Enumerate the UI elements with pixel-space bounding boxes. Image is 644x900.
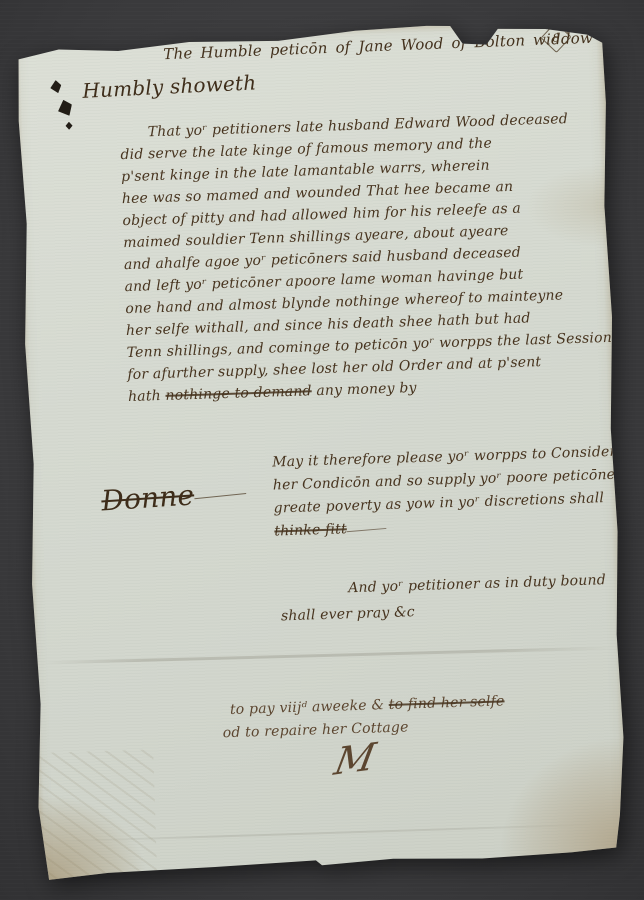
subscription: And yoʳ petitioner as in duty bound shal… bbox=[280, 567, 607, 629]
fold-crease bbox=[60, 824, 594, 843]
prayer-clause: May it therefore please yoʳ worpps to Co… bbox=[272, 440, 631, 543]
body-last-struck-text: nothinge to demand bbox=[165, 383, 312, 404]
corner-wrinkles bbox=[33, 749, 157, 893]
clerk-flourish: M bbox=[331, 734, 379, 783]
petition-body: That yoʳ petitioners late husband Edward… bbox=[119, 108, 588, 408]
paper-shadow-wrap: 8 The Humble peticōn of Jane Wood of Bol… bbox=[0, 0, 644, 900]
manuscript-page: 8 The Humble peticōn of Jane Wood of Bol… bbox=[11, 17, 632, 893]
prayer-struck-text: thinke fitt bbox=[274, 521, 347, 539]
body-last-pre: hath bbox=[128, 388, 166, 405]
body-last-post: any money by bbox=[311, 380, 416, 399]
photo-background: 8 The Humble peticōn of Jane Wood of Bol… bbox=[0, 0, 644, 900]
salutation: Humbly showeth bbox=[82, 70, 257, 102]
order-note-pre: to pay viijᵈ aweeke & bbox=[230, 697, 389, 718]
marginal-annotation: Donne bbox=[100, 478, 195, 517]
petition-title: The Humble peticōn of Jane Wood of Bolto… bbox=[163, 29, 593, 63]
ink-blot bbox=[50, 80, 61, 93]
ink-blot bbox=[65, 122, 72, 130]
order-note-struck-text: to find her selfe bbox=[388, 693, 504, 713]
ink-blot bbox=[58, 100, 72, 116]
fold-crease bbox=[42, 646, 612, 664]
